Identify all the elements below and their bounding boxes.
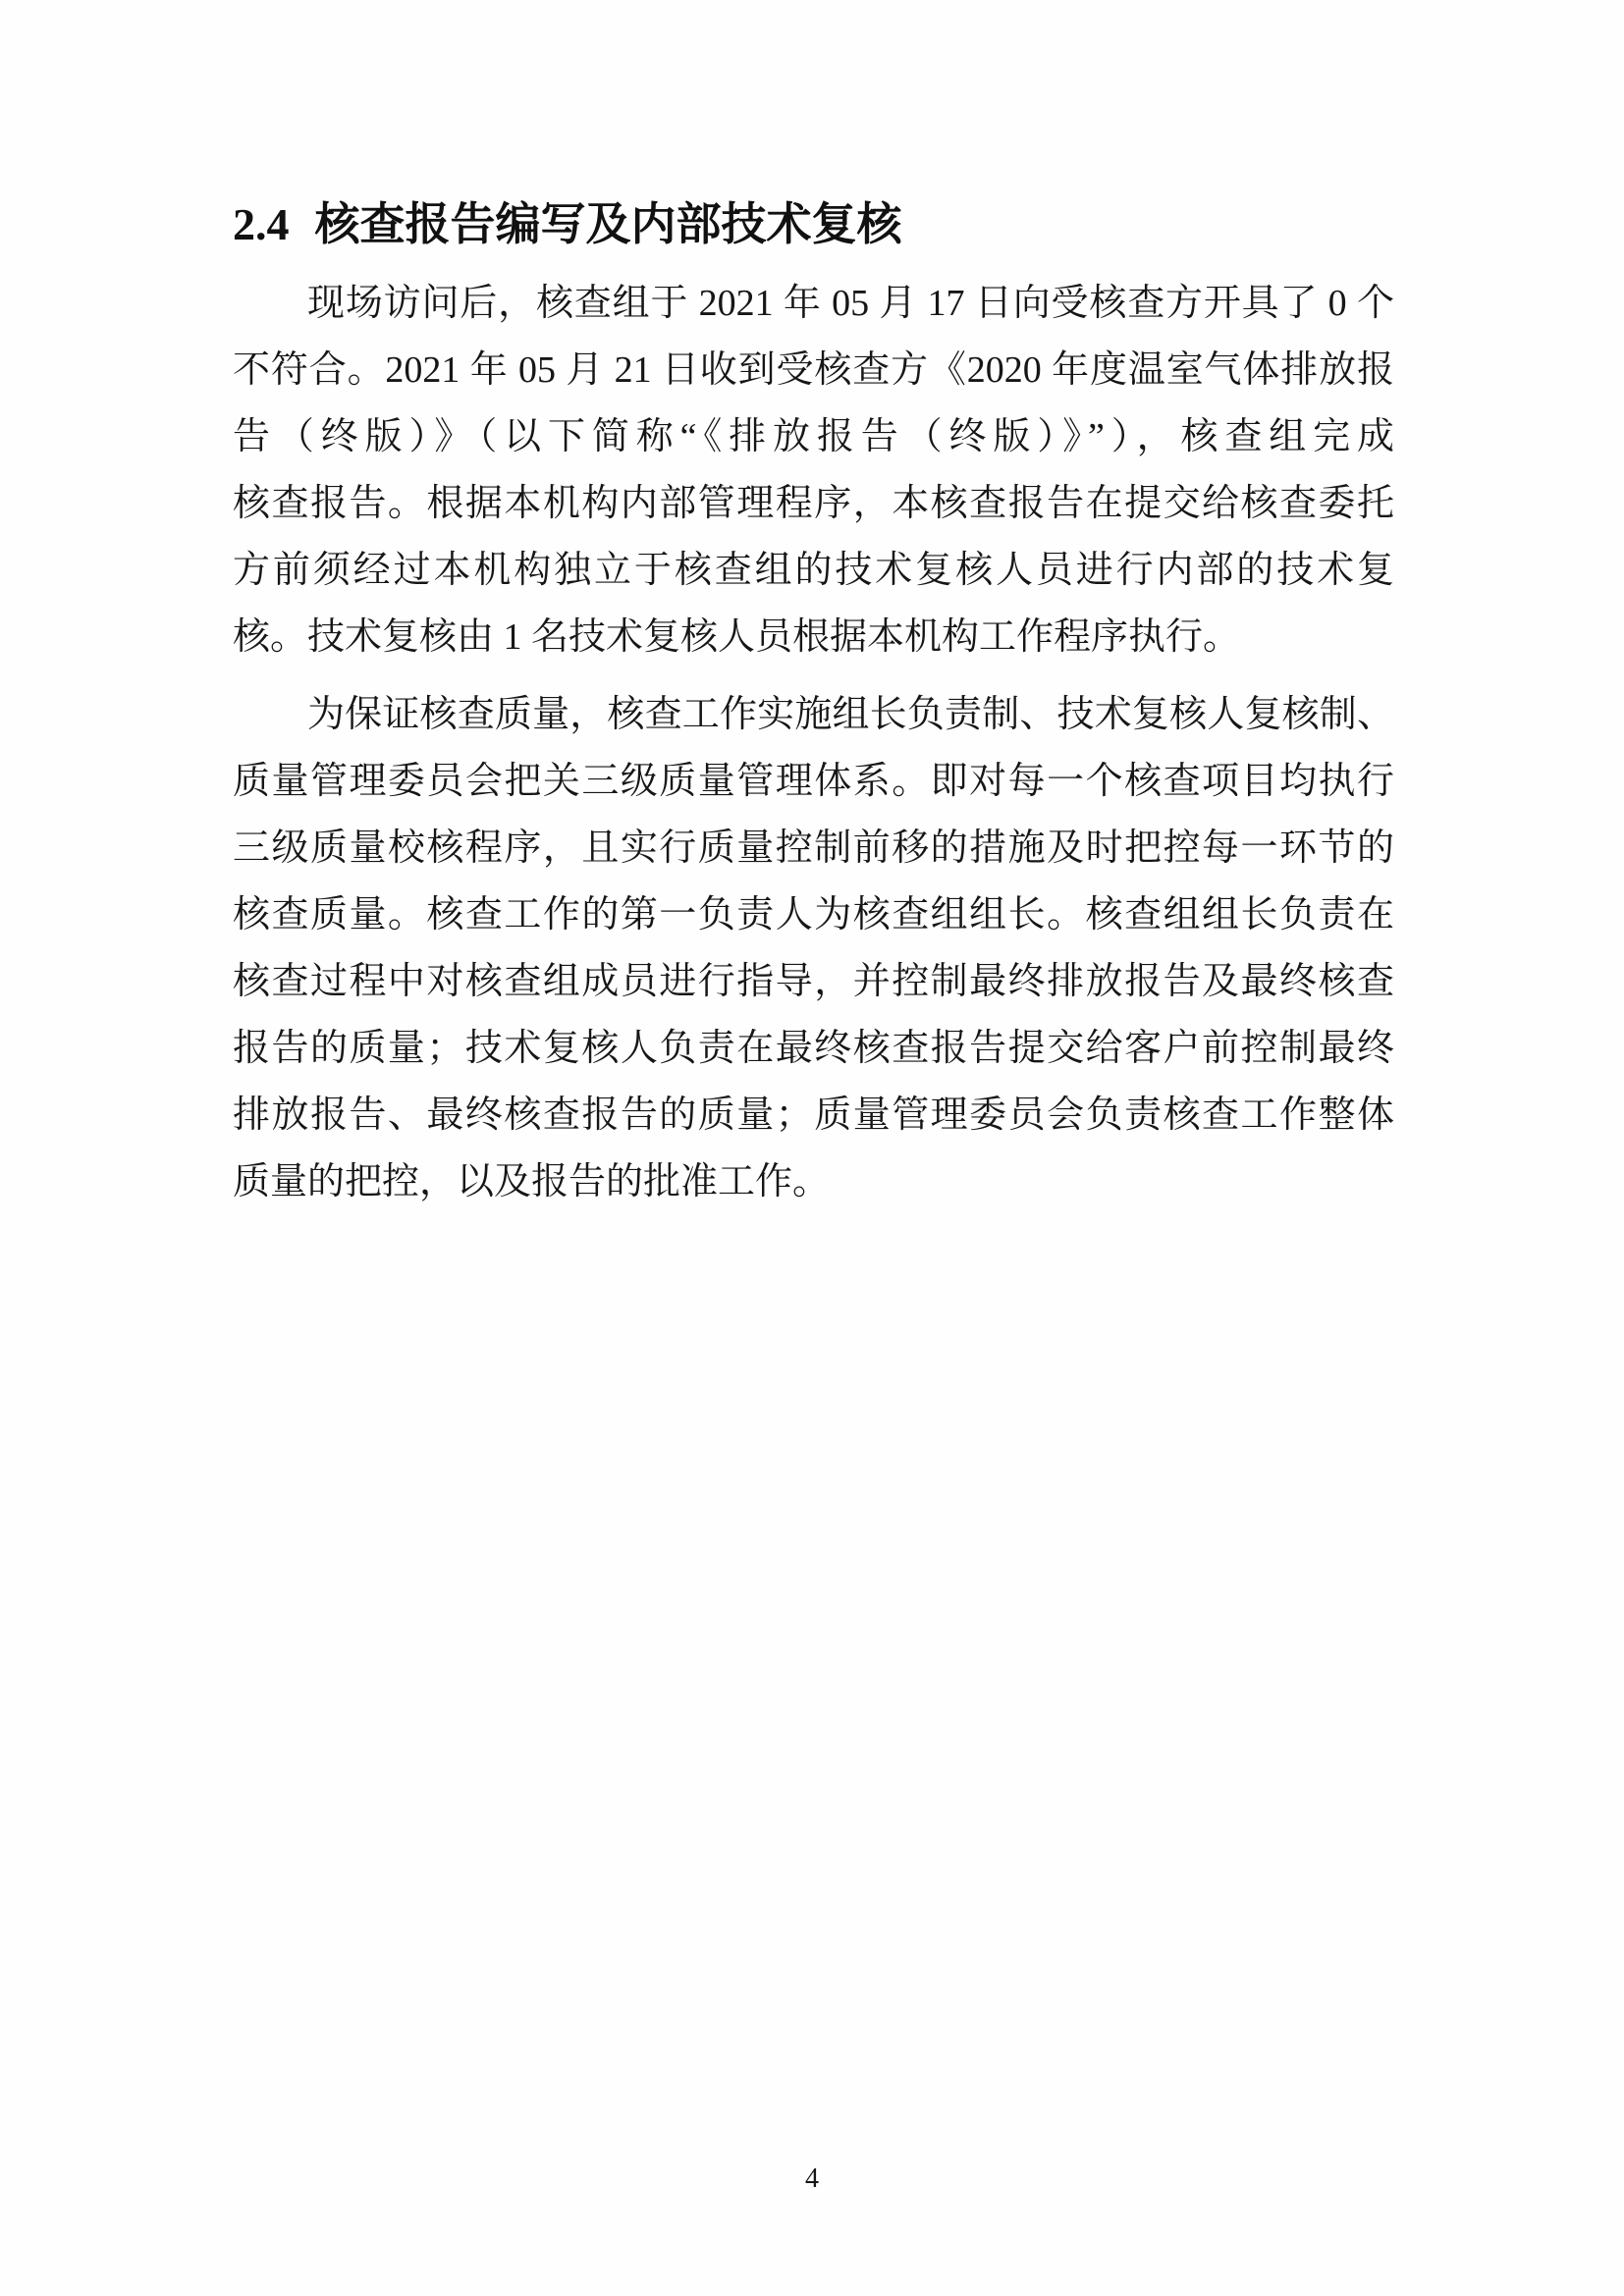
text-line: 排放报告、最终核查报告的质量；质量管理委员会负责核查工作整体 — [233, 1082, 1394, 1148]
section-number: 2.4 — [233, 196, 290, 253]
document-page: 2.4核查报告编写及内部技术复核 现场访问后，核查组于 2021 年 05 月 … — [0, 0, 1624, 2296]
text-line: 为保证核查质量，核查工作实施组长负责制、技术复核人复核制、 — [233, 681, 1394, 748]
page-content: 2.4核查报告编写及内部技术复核 现场访问后，核查组于 2021 年 05 月 … — [233, 196, 1394, 1215]
text-line: 质量的把控，以及报告的批准工作。 — [233, 1148, 1394, 1215]
text-line: 不符合。2021 年 05 月 21 日收到受核查方《2020 年度温室气体排放… — [233, 337, 1394, 403]
paragraph-1: 现场访问后，核查组于 2021 年 05 月 17 日向受核查方开具了 0 个 … — [233, 270, 1394, 670]
text-line: 报告的质量；技术复核人负责在最终核查报告提交给客户前控制最终 — [233, 1015, 1394, 1082]
section-heading: 2.4核查报告编写及内部技术复核 — [233, 196, 1394, 253]
page-number: 4 — [0, 2163, 1624, 2196]
text-line: 核查报告。根据本机构内部管理程序，本核查报告在提交给核查委托 — [233, 470, 1394, 537]
text-line: 质量管理委员会把关三级质量管理体系。即对每一个核查项目均执行 — [233, 748, 1394, 815]
text-line: 现场访问后，核查组于 2021 年 05 月 17 日向受核查方开具了 0 个 — [233, 270, 1394, 337]
text-line: 方前须经过本机构独立于核查组的技术复核人员进行内部的技术复 — [233, 537, 1394, 604]
paragraph-2: 为保证核查质量，核查工作实施组长负责制、技术复核人复核制、 质量管理委员会把关三… — [233, 681, 1394, 1215]
section-title: 核查报告编写及内部技术复核 — [315, 199, 902, 249]
text-line: 告（终版）》（以下简称“《排放报告（终版）》”），核查组完成 — [233, 403, 1394, 470]
text-line: 核。技术复核由 1 名技术复核人员根据本机构工作程序执行。 — [233, 604, 1394, 670]
text-line: 核查过程中对核查组成员进行指导，并控制最终排放报告及最终核查 — [233, 948, 1394, 1015]
text-line: 三级质量校核程序，且实行质量控制前移的措施及时把控每一环节的 — [233, 815, 1394, 881]
text-line: 核查质量。核查工作的第一负责人为核查组组长。核查组组长负责在 — [233, 881, 1394, 948]
